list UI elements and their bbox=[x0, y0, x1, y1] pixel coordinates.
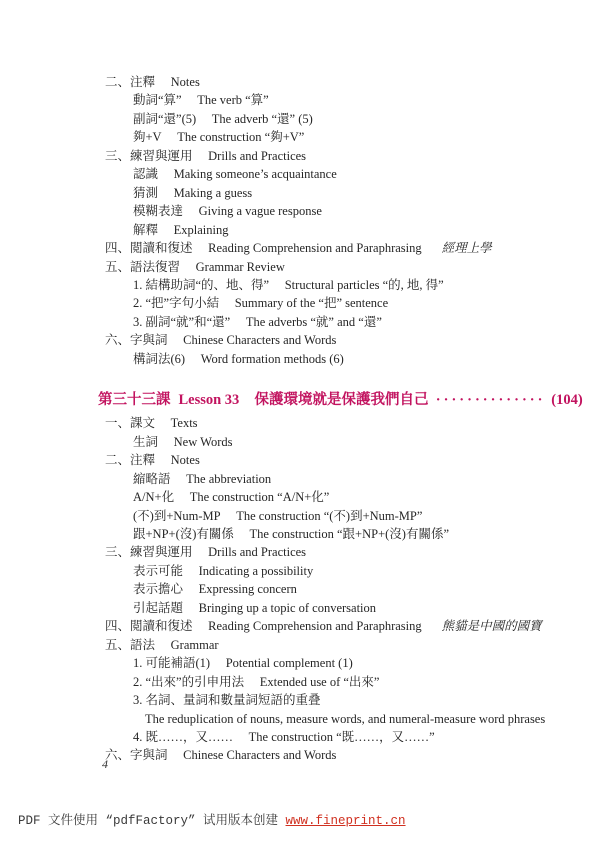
toc-segment-en: Making a guess bbox=[174, 186, 252, 200]
toc-segment-en: The construction “既……，又……” bbox=[249, 730, 435, 744]
toc-segment-cjk: 夠+V bbox=[133, 130, 162, 144]
toc-block-lesson33: 一、課文Texts生詞New Words二、注釋Notes縮略語The abbr… bbox=[105, 414, 565, 765]
toc-segment-en: The construction “(不)到+Num-MP” bbox=[236, 509, 422, 523]
toc-line: 4. 既……，又……The construction “既……，又……” bbox=[105, 728, 565, 746]
toc-segment-en: New Words bbox=[174, 435, 233, 449]
toc-line: 六、字與詞Chinese Characters and Words bbox=[105, 746, 565, 764]
toc-segment-cjk: 模糊表達 bbox=[133, 204, 183, 218]
toc-segment-cjk: 縮略語 bbox=[133, 472, 171, 486]
toc-segment-cjk: 四、閲讀和復述 bbox=[105, 241, 193, 255]
toc-segment-en: The adverbs “就” and “還” bbox=[246, 315, 382, 329]
toc-segment-en: Giving a vague response bbox=[199, 204, 322, 218]
toc-segment-cjk: 解釋 bbox=[133, 223, 158, 237]
toc-line: 3. 名詞、量詞和數量詞短語的重叠 bbox=[105, 691, 565, 709]
toc-segment-en: Drills and Practices bbox=[208, 545, 306, 559]
toc-segment-cjk: 一、課文 bbox=[105, 416, 155, 430]
toc-line: 2. “出來”的引申用法Extended use of “出來” bbox=[105, 673, 565, 691]
page-number: 4 bbox=[102, 757, 108, 772]
toc-line: The reduplication of nouns, measure word… bbox=[105, 710, 565, 728]
toc-line: 五、語法Grammar bbox=[105, 636, 565, 654]
toc-line: 副詞“還”(5)The adverb “還” (5) bbox=[105, 110, 565, 128]
toc-segment-en: Notes bbox=[171, 75, 200, 89]
toc-line: 解釋Explaining bbox=[105, 221, 565, 239]
toc-line: 2. “把”字句小結Summary of the “把” sentence bbox=[105, 294, 565, 312]
document-page: 二、注釋Notes動詞“算”The verb “算”副詞“還”(5)The ad… bbox=[0, 0, 595, 842]
toc-segment-cjk: 認識 bbox=[133, 167, 158, 181]
toc-segment-cjk: 六、字與詞 bbox=[105, 748, 168, 762]
toc-segment-cjk: 1. 可能補語(1) bbox=[133, 656, 210, 670]
fineprint-link[interactable]: www.fineprint.cn bbox=[286, 814, 406, 828]
toc-segment-cjk: 2. “出來”的引申用法 bbox=[133, 675, 244, 689]
toc-line: 1. 可能補語(1)Potential complement (1) bbox=[105, 654, 565, 672]
toc-segment-en: The construction “夠+V” bbox=[177, 130, 304, 144]
toc-segment-en: Potential complement (1) bbox=[226, 656, 353, 670]
lesson33-label: Lesson 33 bbox=[178, 392, 239, 408]
toc-segment-cjk: 1. 結構助詞“的、地、得” bbox=[133, 278, 269, 292]
toc-segment-cjk: (不)到+Num-MP bbox=[133, 509, 221, 523]
toc-segment-en: Grammar bbox=[171, 638, 219, 652]
toc-line: 五、語法復習Grammar Review bbox=[105, 258, 565, 276]
toc-line: 三、練習與運用Drills and Practices bbox=[105, 147, 565, 165]
toc-segment-en: The verb “算” bbox=[197, 93, 269, 107]
toc-segment-cjk: 三、練習與運用 bbox=[105, 545, 193, 559]
toc-segment-en: The abbreviation bbox=[186, 472, 271, 486]
toc-segment-en: Drills and Practices bbox=[208, 149, 306, 163]
toc-segment-cjk: A/N+化 bbox=[133, 490, 174, 504]
toc-segment-en: Explaining bbox=[174, 223, 229, 237]
toc-segment-cjk: 4. 既……，又…… bbox=[133, 730, 233, 744]
toc-segment-cjk: 四、閲讀和復述 bbox=[105, 619, 193, 633]
toc-segment-cjk: 二、注釋 bbox=[105, 75, 155, 89]
toc-line: 認識Making someone’s acquaintance bbox=[105, 165, 565, 183]
lesson33-heading: 第三十三課Lesson 33保護環境就是保護我們自己··············… bbox=[98, 389, 565, 411]
toc-segment-cjk: 表示可能 bbox=[133, 564, 183, 578]
toc-line: 四、閲讀和復述Reading Comprehension and Paraphr… bbox=[105, 239, 565, 257]
toc-line: 引起話題Bringing up a topic of conversation bbox=[105, 599, 565, 617]
toc-line: 猜測Making a guess bbox=[105, 184, 565, 202]
toc-segment-cjk: 五、語法復習 bbox=[105, 260, 180, 274]
toc-line: 一、課文Texts bbox=[105, 414, 565, 432]
toc-line: 跟+NP+(沒)有關係The construction “跟+NP+(沒)有關係… bbox=[105, 525, 565, 543]
toc-block-lesson32: 二、注釋Notes動詞“算”The verb “算”副詞“還”(5)The ad… bbox=[105, 73, 565, 368]
toc-line: 表示可能Indicating a possibility bbox=[105, 562, 565, 580]
toc-line: 模糊表達Giving a vague response bbox=[105, 202, 565, 220]
toc-line: 三、練習與運用Drills and Practices bbox=[105, 543, 565, 561]
toc-line: 表示擔心Expressing concern bbox=[105, 580, 565, 598]
toc-segment-en: The construction “A/N+化” bbox=[190, 490, 330, 504]
lesson33-page-ref: (104) bbox=[551, 392, 582, 408]
toc-segment-cjk: 動詞“算” bbox=[133, 93, 182, 107]
toc-segment-en: Reading Comprehension and Paraphrasing bbox=[208, 619, 422, 633]
toc-segment-cjk: 表示擔心 bbox=[133, 582, 183, 596]
toc-line: 四、閲讀和復述Reading Comprehension and Paraphr… bbox=[105, 617, 565, 635]
toc-content: 二、注釋Notes動詞“算”The verb “算”副詞“還”(5)The ad… bbox=[105, 73, 565, 765]
toc-line: 六、字與詞Chinese Characters and Words bbox=[105, 331, 565, 349]
toc-line: 動詞“算”The verb “算” bbox=[105, 91, 565, 109]
toc-segment-cjk: 生詞 bbox=[133, 435, 158, 449]
toc-segment-cjk: 六、字與詞 bbox=[105, 333, 168, 347]
toc-segment-en: Extended use of “出來” bbox=[260, 675, 380, 689]
toc-segment-en: Expressing concern bbox=[199, 582, 297, 596]
toc-line: A/N+化The construction “A/N+化” bbox=[105, 488, 565, 506]
toc-segment-en: Structural particles “的, 地, 得” bbox=[285, 278, 444, 292]
lesson33-number: 第三十三課 bbox=[98, 392, 171, 408]
toc-segment-en: Reading Comprehension and Paraphrasing bbox=[208, 241, 422, 255]
toc-segment-en: Making someone’s acquaintance bbox=[174, 167, 337, 181]
toc-segment-en: Bringing up a topic of conversation bbox=[199, 601, 376, 615]
toc-segment-en: The adverb “還” (5) bbox=[212, 112, 313, 126]
toc-segment-cjk: 三、練習與運用 bbox=[105, 149, 193, 163]
toc-line: 二、注釋Notes bbox=[105, 73, 565, 91]
toc-segment-cjk: 副詞“還”(5) bbox=[133, 112, 196, 126]
toc-segment-cjk: 構詞法(6) bbox=[133, 352, 185, 366]
toc-line: (不)到+Num-MPThe construction “(不)到+Num-MP… bbox=[105, 507, 565, 525]
watermark-text: PDF 文件使用 “pdfFactory” 试用版本创建 bbox=[18, 814, 286, 828]
pdf-watermark: PDF 文件使用 “pdfFactory” 试用版本创建 www.finepri… bbox=[18, 810, 406, 828]
toc-segment-en: Chinese Characters and Words bbox=[183, 333, 336, 347]
toc-line: 生詞New Words bbox=[105, 433, 565, 451]
toc-segment-en: Texts bbox=[171, 416, 198, 430]
toc-segment-cjk: 3. 名詞、量詞和數量詞短語的重叠 bbox=[133, 693, 321, 707]
leader-dots-icon: ·············· bbox=[436, 392, 546, 408]
toc-line: 1. 結構助詞“的、地、得”Structural particles “的, 地… bbox=[105, 276, 565, 294]
toc-segment-cjk: 跟+NP+(沒)有關係 bbox=[133, 527, 234, 541]
toc-segment-en: The reduplication of nouns, measure word… bbox=[145, 712, 545, 726]
toc-segment-en: Indicating a possibility bbox=[199, 564, 314, 578]
toc-segment-en: The construction “跟+NP+(沒)有關係” bbox=[250, 527, 449, 541]
toc-segment-cjk: 引起話題 bbox=[133, 601, 183, 615]
toc-line: 3. 副詞“就”和“還”The adverbs “就” and “還” bbox=[105, 313, 565, 331]
toc-segment-en: Word formation methods (6) bbox=[201, 352, 344, 366]
toc-line: 構詞法(6)Word formation methods (6) bbox=[105, 350, 565, 368]
lesson33-title: 保護環境就是保護我們自己 bbox=[255, 392, 429, 408]
toc-segment-cjk: 猜測 bbox=[133, 186, 158, 200]
toc-segment-cjk: 3. 副詞“就”和“還” bbox=[133, 315, 230, 329]
toc-segment-cjk: 2. “把”字句小結 bbox=[133, 296, 219, 310]
toc-segment-en: Summary of the “把” sentence bbox=[235, 296, 388, 310]
toc-line: 夠+VThe construction “夠+V” bbox=[105, 128, 565, 146]
toc-segment-en: Notes bbox=[171, 453, 200, 467]
toc-segment-kai: 熊貓是中國的國寶 bbox=[442, 619, 542, 633]
toc-segment-cjk: 五、語法 bbox=[105, 638, 155, 652]
toc-line: 縮略語The abbreviation bbox=[105, 470, 565, 488]
toc-segment-en: Grammar Review bbox=[196, 260, 285, 274]
toc-line: 二、注釋Notes bbox=[105, 451, 565, 469]
toc-segment-cjk: 二、注釋 bbox=[105, 453, 155, 467]
toc-segment-en: Chinese Characters and Words bbox=[183, 748, 336, 762]
toc-segment-kai: 經理上學 bbox=[442, 241, 492, 255]
